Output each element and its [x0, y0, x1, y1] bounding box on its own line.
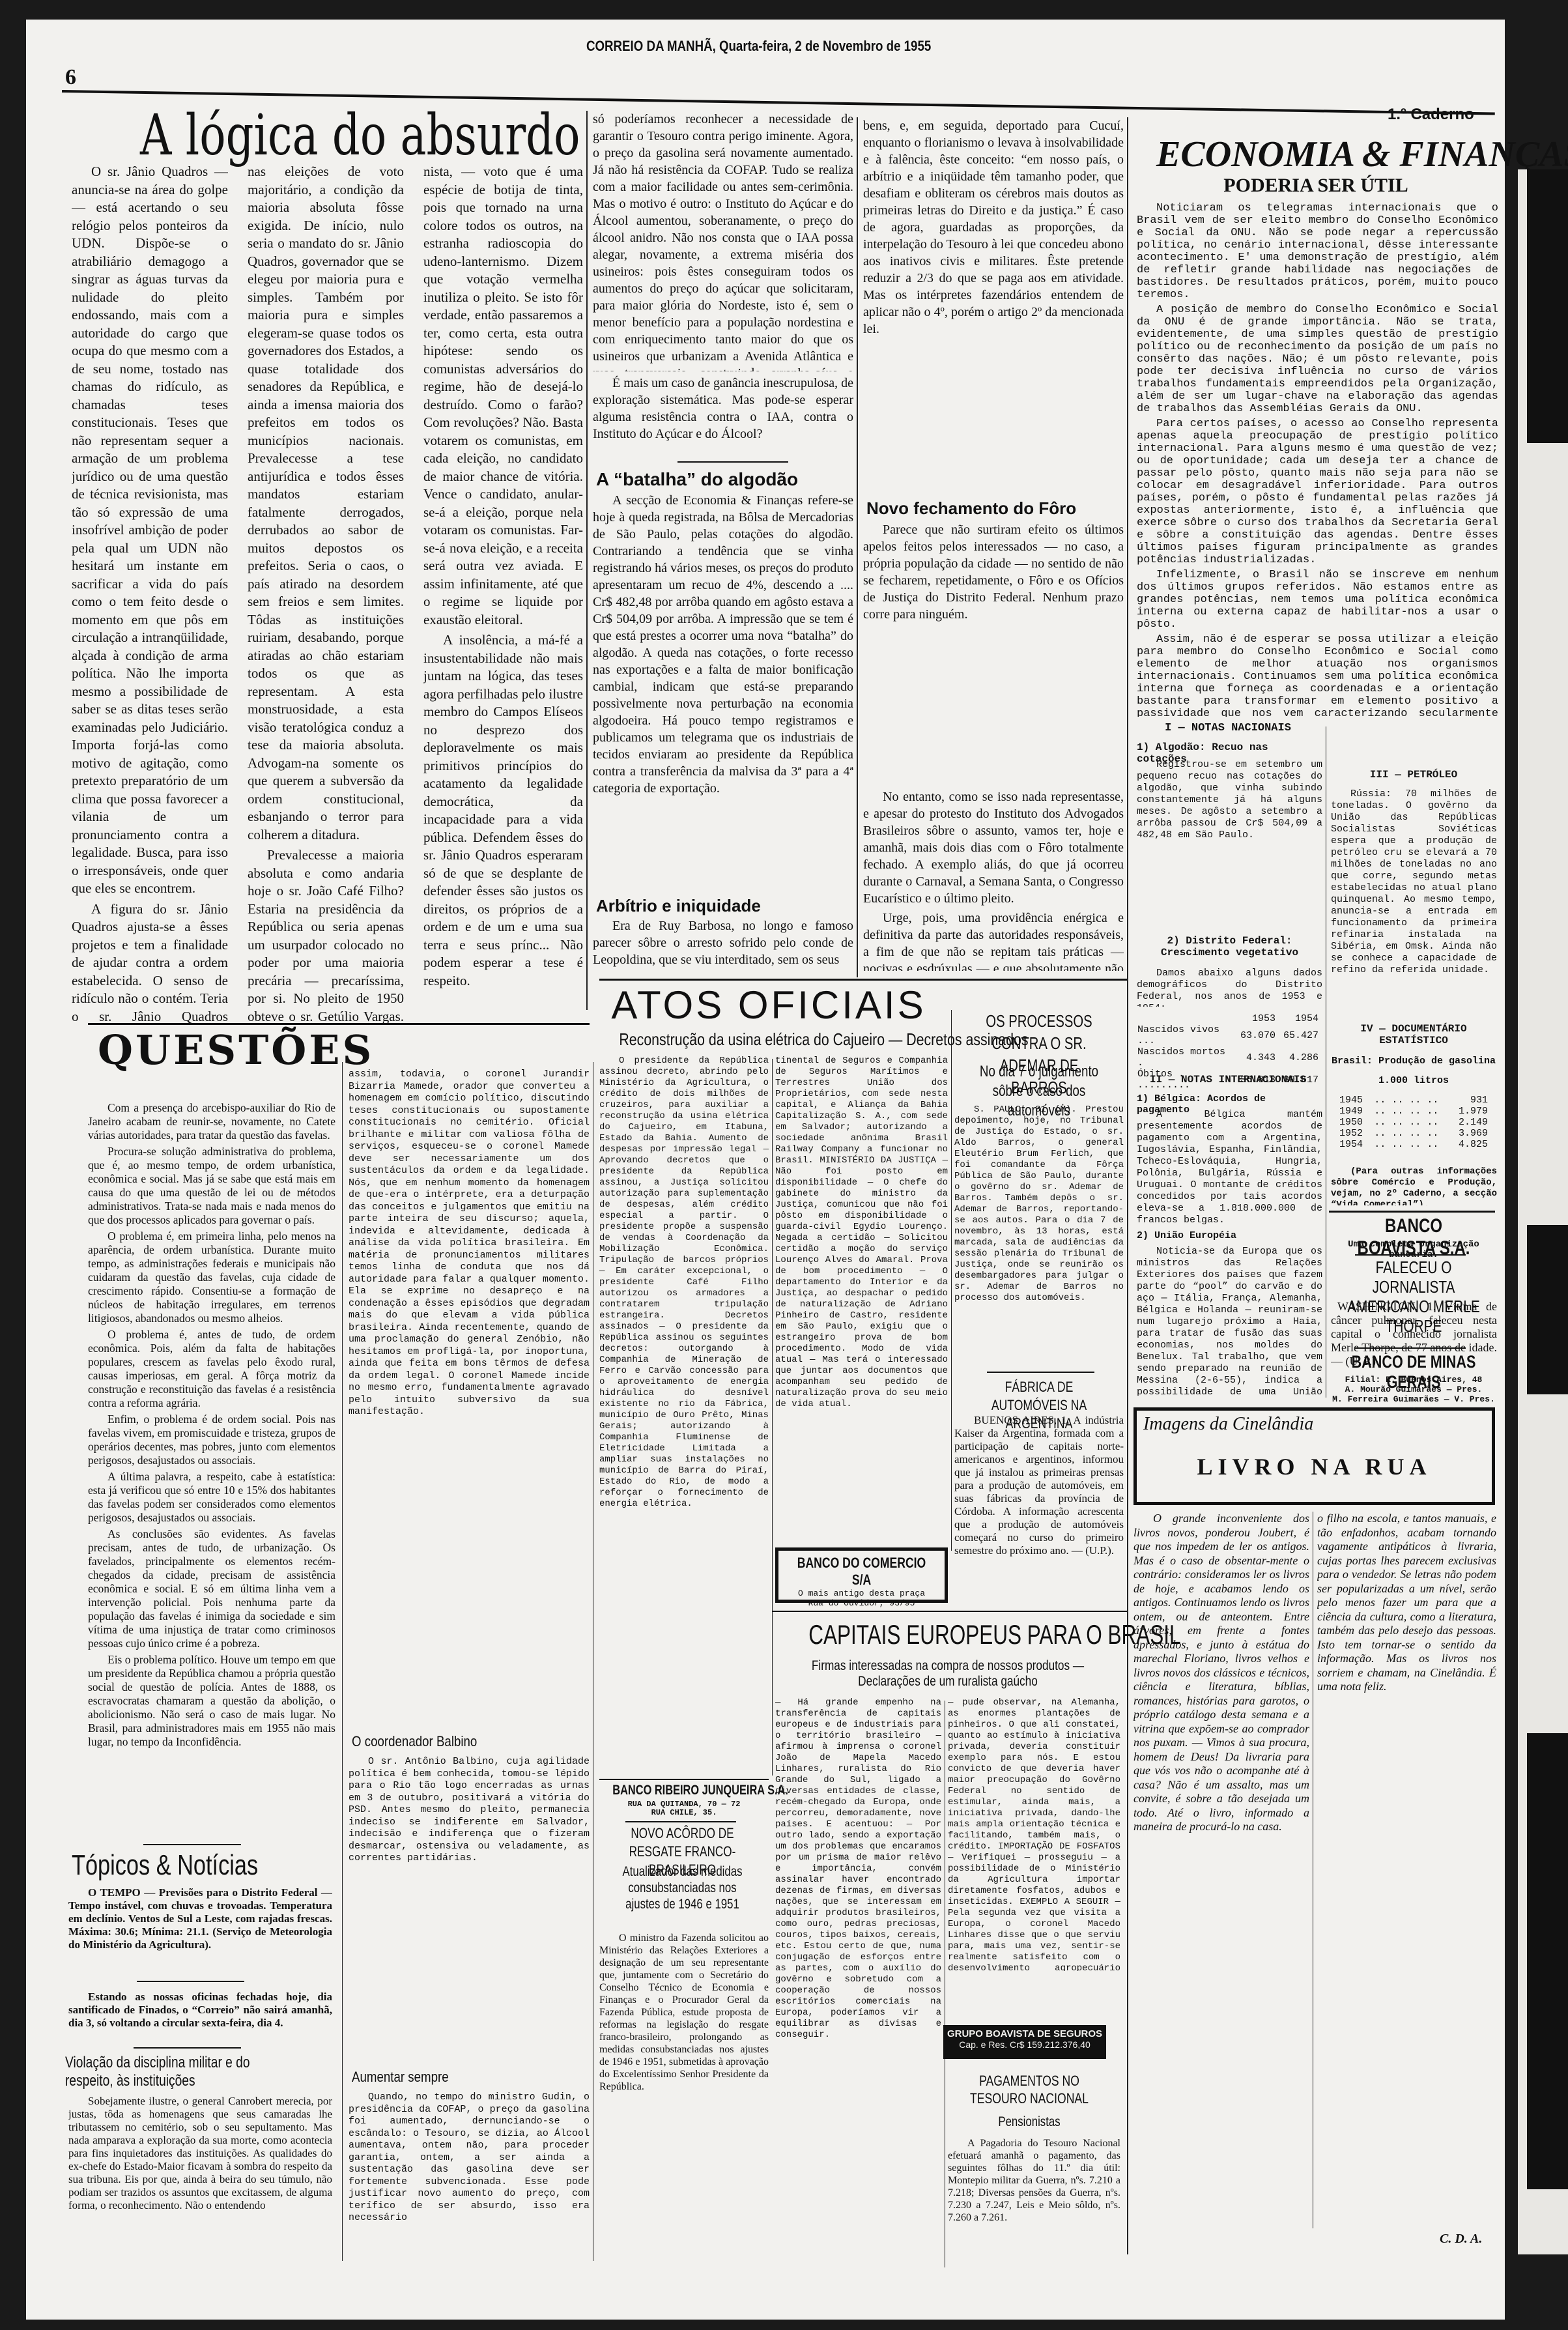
capitais-headline: CAPITAIS EUROPEUS PARA O BRASIL [808, 1619, 1087, 1650]
capitais-column-1: — Há grande empenho na transferência de … [775, 1697, 941, 2140]
uniao-europeia-note: Noticia-se da Europa que os ministros da… [1137, 1246, 1322, 1396]
capitais-subtitle: Firmas interessadas na compra de nossos … [806, 1658, 1090, 1690]
divider [1355, 1347, 1466, 1349]
divider [137, 1981, 244, 1982]
batalha-heading: A “batalha” do algodão [596, 469, 798, 490]
violacao-article: Sobejamente ilustre, o general Canrobert… [68, 2095, 332, 2258]
economia-section-title: ECONOMIA & FINANÇAS [1156, 134, 1568, 175]
gasolina-table-title: Brasil: Produção de gasolina [1329, 1056, 1498, 1067]
capitais-column-2: — pude observar, na Alemanha, as enormes… [948, 1697, 1120, 1971]
oficinas-notice: Estando as nossas oficinas fechadas hoje… [68, 1991, 332, 2049]
column-divider [586, 111, 588, 1010]
resgate-subtitle: Atualizador das medidas consubstanciadas… [611, 1863, 754, 1912]
questoes-headline: QUESTÕES [98, 1026, 374, 1074]
ad-banco-do-comercio: BANCO DO COMERCIO S/A O mais antigo dest… [775, 1547, 948, 1603]
gasolina-article: só poderíamos reconhecer a necessidade d… [593, 111, 853, 371]
table-row: 1950.. .. .. ..2.149 [1335, 1117, 1492, 1128]
arbitrio-heading: Arbítrio e iniquidade [596, 896, 761, 916]
column-divider [772, 1059, 773, 1776]
divider [88, 1023, 590, 1025]
notas-nacionais-heading: I — NOTAS NACIONAIS [1133, 722, 1322, 734]
mamede-article: assim, todavia, o coronel Jurandir Bizar… [349, 1069, 590, 1727]
divider [1355, 1254, 1466, 1256]
documentario-heading: IV — DOCUMENTÁRIO ESTATÍSTICO [1329, 1023, 1498, 1046]
balbino-article: O sr. Antônio Balbino, cuja agilidade po… [349, 1756, 590, 2017]
batalha-article: A secção de Economia & Finanças refere-s… [593, 492, 853, 889]
author-signature: C. D. A. [1440, 2232, 1482, 2247]
column-divider [342, 1062, 343, 2261]
dateline: CORREIO DA MANHÃ, Quarta-feira, 2 de Nov… [586, 38, 931, 55]
aumentar-heading: Aumentar sempre [352, 2069, 449, 2086]
foro-entanto: No entanto, como se isso nada representa… [863, 788, 1124, 971]
divider [1329, 1211, 1495, 1213]
resgate-article: O ministro da Fazenda solicitou ao Minis… [599, 1932, 769, 2258]
table-row: 1949.. .. .. ..1.979 [1335, 1106, 1492, 1117]
column-divider [857, 117, 858, 977]
divider [772, 1611, 1127, 1612]
ad-ribeiro-address: RUA DA QUITANDA, 70 — 72RUA CHILE, 35. [599, 1800, 769, 1817]
topicos-headline: Tópicos & Notícias [72, 1849, 275, 1882]
column-divider [1326, 726, 1326, 1398]
uniao-europeia-heading: 2) União Européia [1137, 1230, 1322, 1241]
questoes-article: Com a presença do arcebispo-auxiliar do … [88, 1101, 335, 1818]
tempo-forecast: O TEMPO — Previsões para o Distrito Fede… [68, 1886, 332, 1971]
economia-subtitle: PODERIA SER ÚTIL [1133, 175, 1498, 197]
atos-column-2: tinental de Seguros e Companhia de Segur… [775, 1056, 948, 1551]
logica-column-1: O sr. Jânio Quadros — anuncia-se na área… [72, 163, 228, 1023]
cinelandia-kicker: Imagens da Cinelândia [1143, 1414, 1313, 1435]
documentario-note: (Para outras informações sôbre Comércio … [1331, 1166, 1497, 1205]
section-label: 1.º Caderno [1388, 106, 1474, 124]
divider [599, 1779, 769, 1780]
novo-fechamento-article: Parece que não surtiram efeito os último… [863, 521, 1124, 782]
tesouro-headline: PAGAMENTOS NO TESOURO NACIONAL [959, 2072, 1100, 2107]
divider [625, 1821, 736, 1822]
aumentar-article: Quando, no tempo do ministro Gudin, o pr… [349, 2092, 590, 2261]
balbino-heading: O coordenador Balbino [352, 1733, 477, 1750]
economia-editorial: Noticiaram os telegramas internacionais … [1137, 202, 1498, 717]
tesouro-subtitle: Pensionistas [959, 2114, 1100, 2130]
arbitrio-article: Era de Ruy Barbosa, no longo e famoso pa… [593, 917, 853, 970]
divider [599, 979, 1127, 981]
column-divider [1313, 1512, 1313, 2228]
table-row: Nascidos vivos ...63.07065.427 [1133, 1024, 1322, 1046]
foro-intro: bens, e, em seguida, deportado para Cucu… [863, 117, 1124, 489]
tesouro-article: A Pagadoria do Tesouro Nacional efetuará… [948, 2137, 1120, 2261]
violacao-headline: Violação da disciplina militar e do resp… [65, 2054, 284, 2090]
livro-na-rua-headline: LIVRO NA RUA [1133, 1453, 1495, 1480]
divider [987, 1372, 1094, 1373]
logica-column-3: nista, — voto que é uma espécie de botij… [423, 163, 583, 1023]
belgica-note: A Bélgica mantém presentemente acordos d… [1137, 1109, 1322, 1226]
df-intro: Damos abaixo alguns dados demográficos d… [1137, 968, 1322, 1007]
ad-banco-ribeiro-junqueira: BANCO RIBEIRO JUNQUEIRA S.A. [612, 1783, 752, 1798]
logica-column-2: nas eleições de voto majoritário, a cond… [248, 163, 404, 1023]
table-row: 1945.. .. .. ..931 [1335, 1095, 1492, 1106]
atos-column-1: O presidente da República assinou decret… [599, 1056, 769, 1772]
ad-banco-minas-details: Filial: R. Buenos Aires, 48A. Mourão Gui… [1329, 1375, 1498, 1404]
table-row: 1952.. .. .. ..3.969 [1335, 1128, 1492, 1139]
page-number: 6 [65, 65, 76, 90]
algodao-note: Registrou-se em setembro um pequeno recu… [1137, 759, 1322, 863]
gasolina-table-unit: 1.000 litros [1329, 1075, 1498, 1086]
divider [134, 2047, 241, 2049]
df-heading: 2) Distrito Federal: Crescimento vegetat… [1137, 935, 1322, 958]
argentina-article: BUENOS AIRES, 1. A indústria Kaiser da A… [954, 1414, 1124, 1583]
divider [143, 1844, 241, 1845]
column-divider [593, 1062, 593, 2261]
gasolina-end: É mais um caso de ganância inescrupulosa… [593, 375, 853, 453]
livro-column-1: O grande inconveniente dos livros novos,… [1133, 1512, 1309, 2254]
adjacent-page-edge [1518, 169, 1568, 2254]
column-divider [945, 1701, 945, 2267]
table-row: Nascidos mortos .4.3434.286 [1133, 1046, 1322, 1069]
ad-grupo-boavista-seguros: GRUPO BOAVISTA DE SEGUROS Cap. e Res. Cr… [943, 2025, 1106, 2059]
column-divider [951, 1010, 952, 1551]
headline-logica: A lógica do absurdo [140, 103, 580, 168]
table-row: 1954.. .. .. ..4.825 [1335, 1139, 1492, 1150]
column-divider [1127, 117, 1128, 2254]
newspaper-page: 6 CORREIO DA MANHÃ, Quarta-feira, 2 de N… [26, 20, 1505, 2320]
novo-fechamento-heading: Novo fechamento do Fôro [866, 498, 1076, 519]
notas-internacionais-heading: II — NOTAS INTERNACIONAIS [1133, 1074, 1322, 1086]
atos-oficiais-headline: ATOS OFICIAIS [593, 983, 945, 1028]
petroleo-note: Rússia: 70 milhões de toneladas. O govêr… [1331, 788, 1497, 1003]
livro-column-2: o filho na escola, e tantos manuais, e t… [1317, 1512, 1496, 2215]
divider [677, 461, 788, 463]
atos-oficiais-subtitle: Reconstrução da usina elétrica do Cajuei… [619, 1029, 918, 1050]
gasolina-production-table: 1945.. .. .. ..931 1949.. .. .. ..1.979 … [1335, 1095, 1492, 1150]
ademar-article: S. PAULO, 31 (M). Prestou depoimento, ho… [954, 1104, 1124, 1345]
petroleo-heading: III — PETRÓLEO [1329, 769, 1498, 781]
